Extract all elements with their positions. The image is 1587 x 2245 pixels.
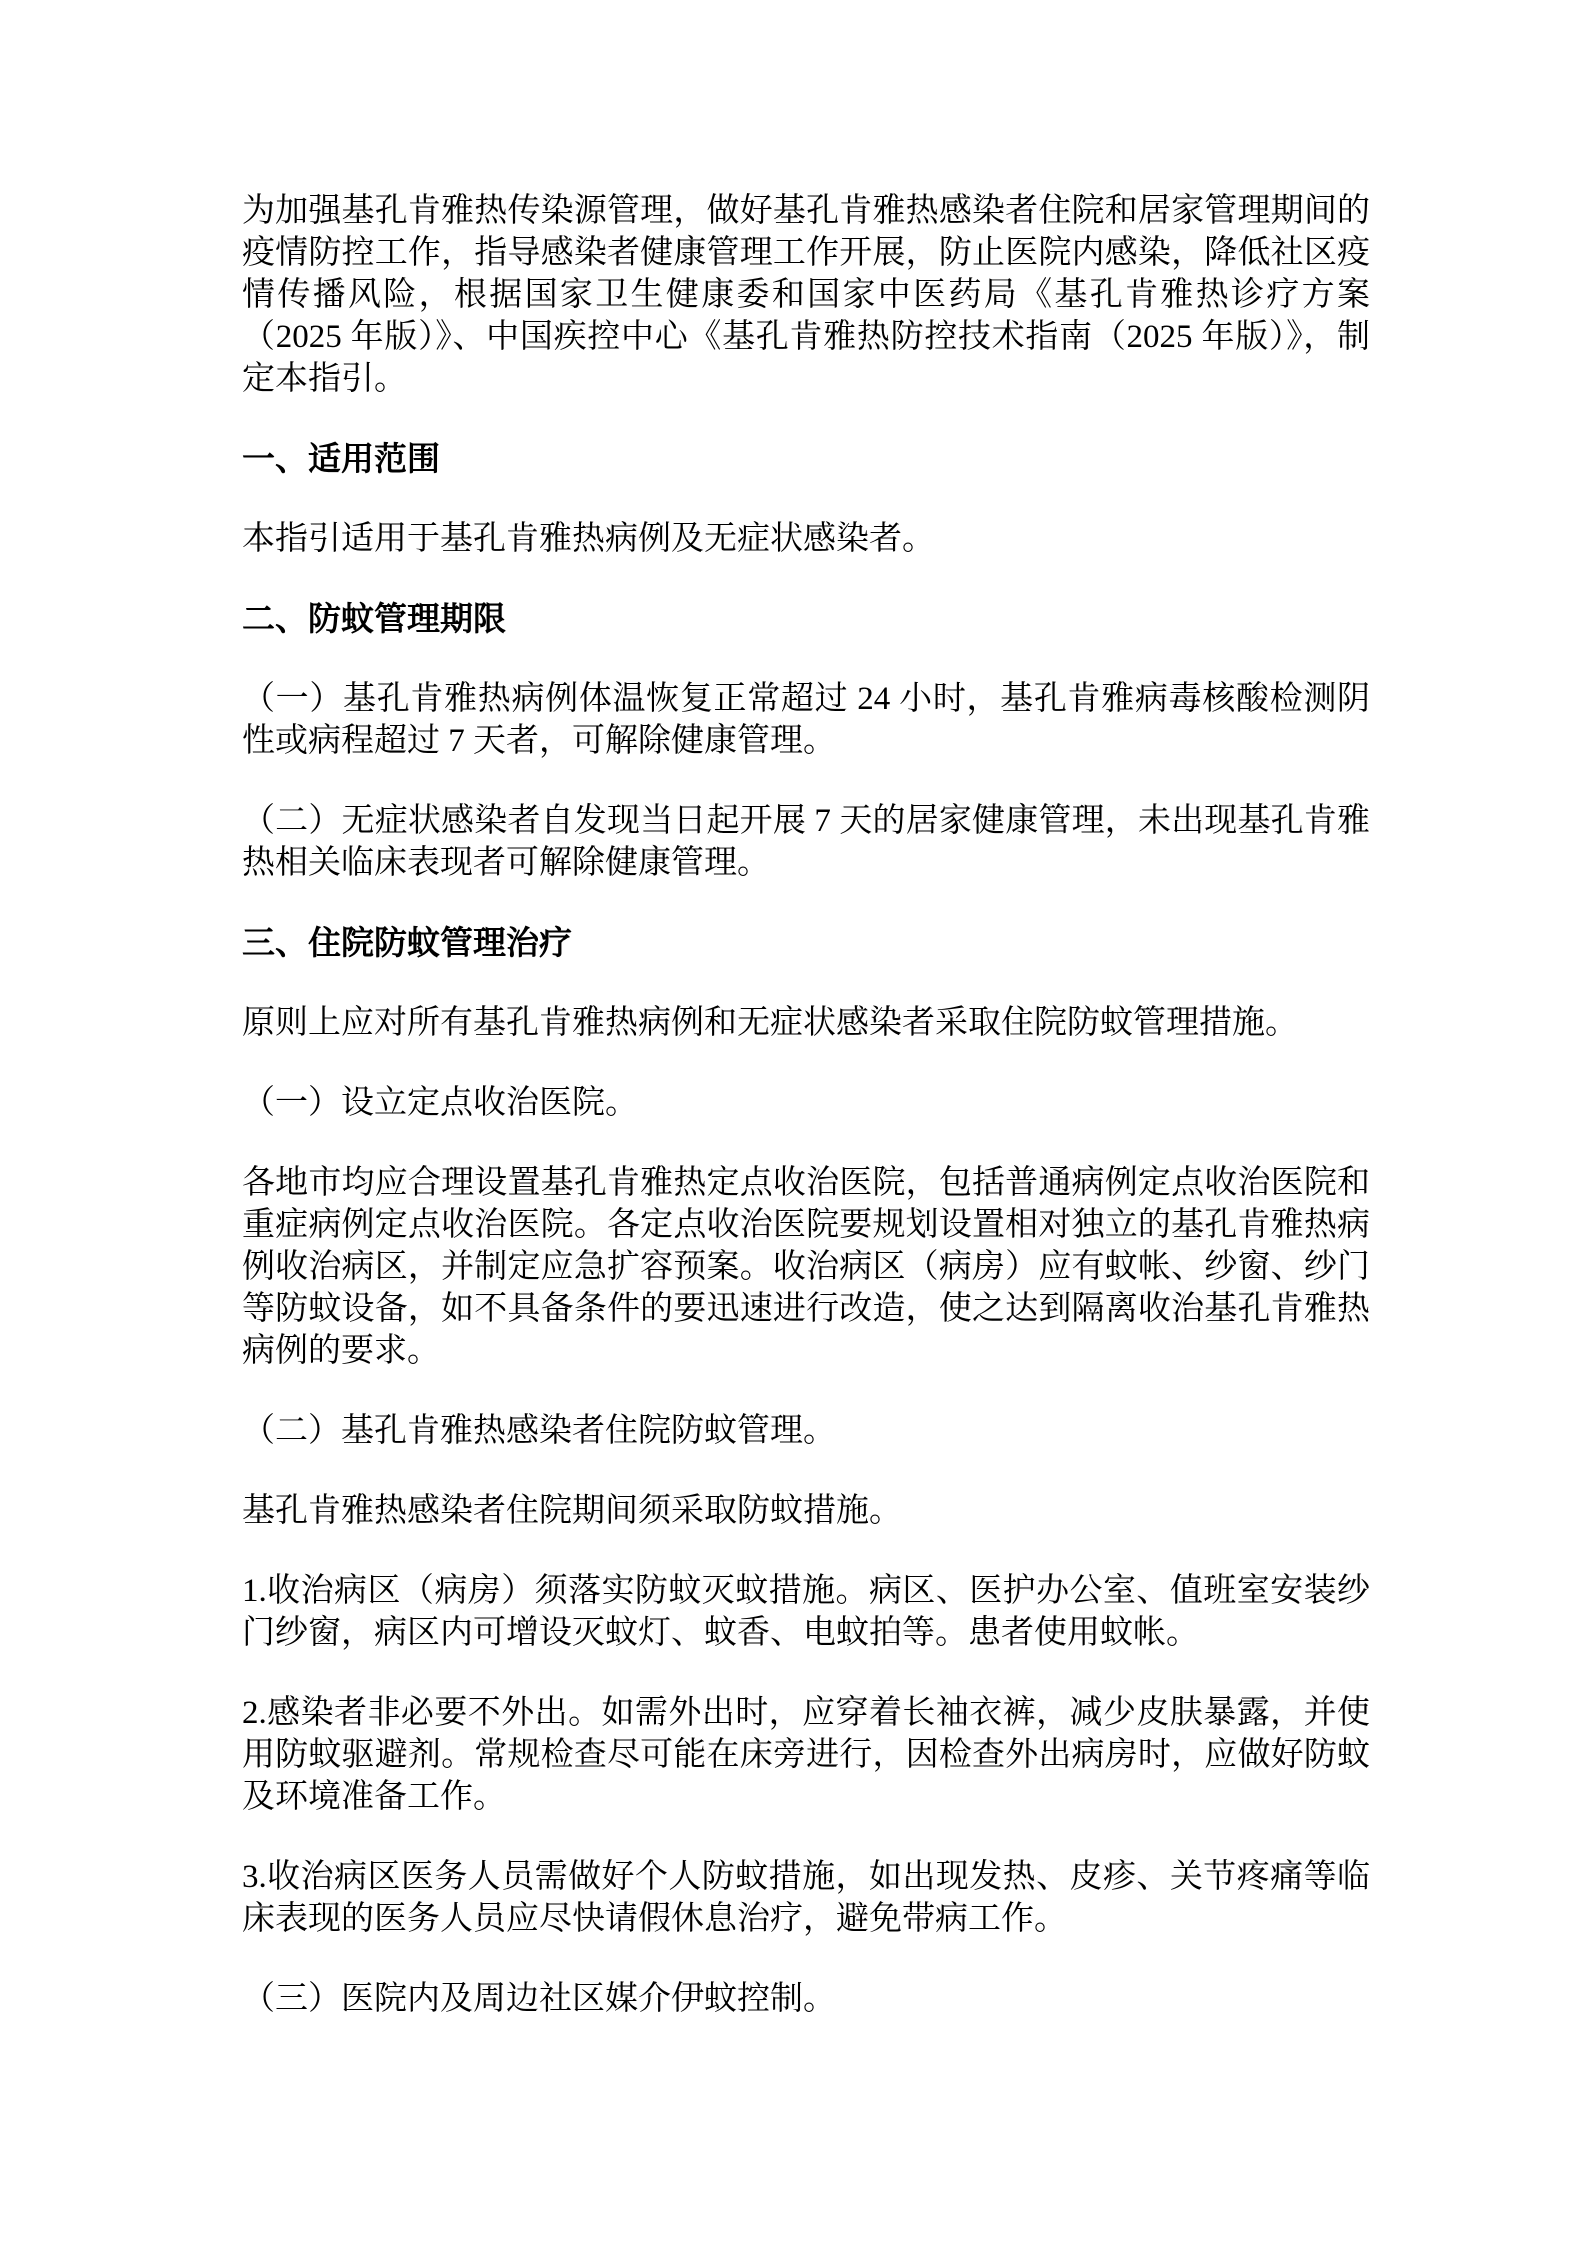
intro-paragraph: 为加强基孔肯雅热传染源管理，做好基孔肯雅热感染者住院和居家管理期间的疫情防控工作… bbox=[242, 190, 1370, 400]
measure-1-paragraph: 1.收治病区（病房）须落实防蚊灭蚊措施。病区、医护办公室、值班室安装纱门纱窗，病… bbox=[242, 1570, 1370, 1654]
inpatient-intro-paragraph: 基孔肯雅热感染者住院期间须采取防蚊措施。 bbox=[242, 1490, 1370, 1532]
scope-paragraph: 本指引适用于基孔肯雅热病例及无症状感染者。 bbox=[242, 518, 1370, 560]
measure-3-paragraph: 3.收治病区医务人员需做好个人防蚊措施，如出现发热、皮疹、关节疼痛等临床表现的医… bbox=[242, 1856, 1370, 1940]
duration-item-2-paragraph: （二）无症状感染者自发现当日起开展 7 天的居家健康管理，未出现基孔肯雅热相关临… bbox=[242, 800, 1370, 884]
document-page: 为加强基孔肯雅热传染源管理，做好基孔肯雅热感染者住院和居家管理期间的疫情防控工作… bbox=[0, 0, 1587, 2245]
section-heading-hospitalization: 三、住院防蚊管理治疗 bbox=[242, 922, 1370, 964]
designated-hospitals-paragraph: 各地市均应合理设置基孔肯雅热定点收治医院，包括普通病例定点收治医院和重症病例定点… bbox=[242, 1162, 1370, 1372]
subheading-vector-control: （三）医院内及周边社区媒介伊蚊控制。 bbox=[242, 1978, 1370, 2020]
subheading-inpatient-management: （二）基孔肯雅热感染者住院防蚊管理。 bbox=[242, 1410, 1370, 1452]
section-heading-scope: 一、适用范围 bbox=[242, 438, 1370, 480]
principle-paragraph: 原则上应对所有基孔肯雅热病例和无症状感染者采取住院防蚊管理措施。 bbox=[242, 1002, 1370, 1044]
duration-item-1-paragraph: （一）基孔肯雅热病例体温恢复正常超过 24 小时，基孔肯雅病毒核酸检测阴性或病程… bbox=[242, 678, 1370, 762]
section-heading-duration: 二、防蚊管理期限 bbox=[242, 598, 1370, 640]
measure-2-paragraph: 2.感染者非必要不外出。如需外出时，应穿着长袖衣裤，减少皮肤暴露，并使用防蚊驱避… bbox=[242, 1692, 1370, 1818]
subheading-designated-hospitals: （一）设立定点收治医院。 bbox=[242, 1082, 1370, 1124]
